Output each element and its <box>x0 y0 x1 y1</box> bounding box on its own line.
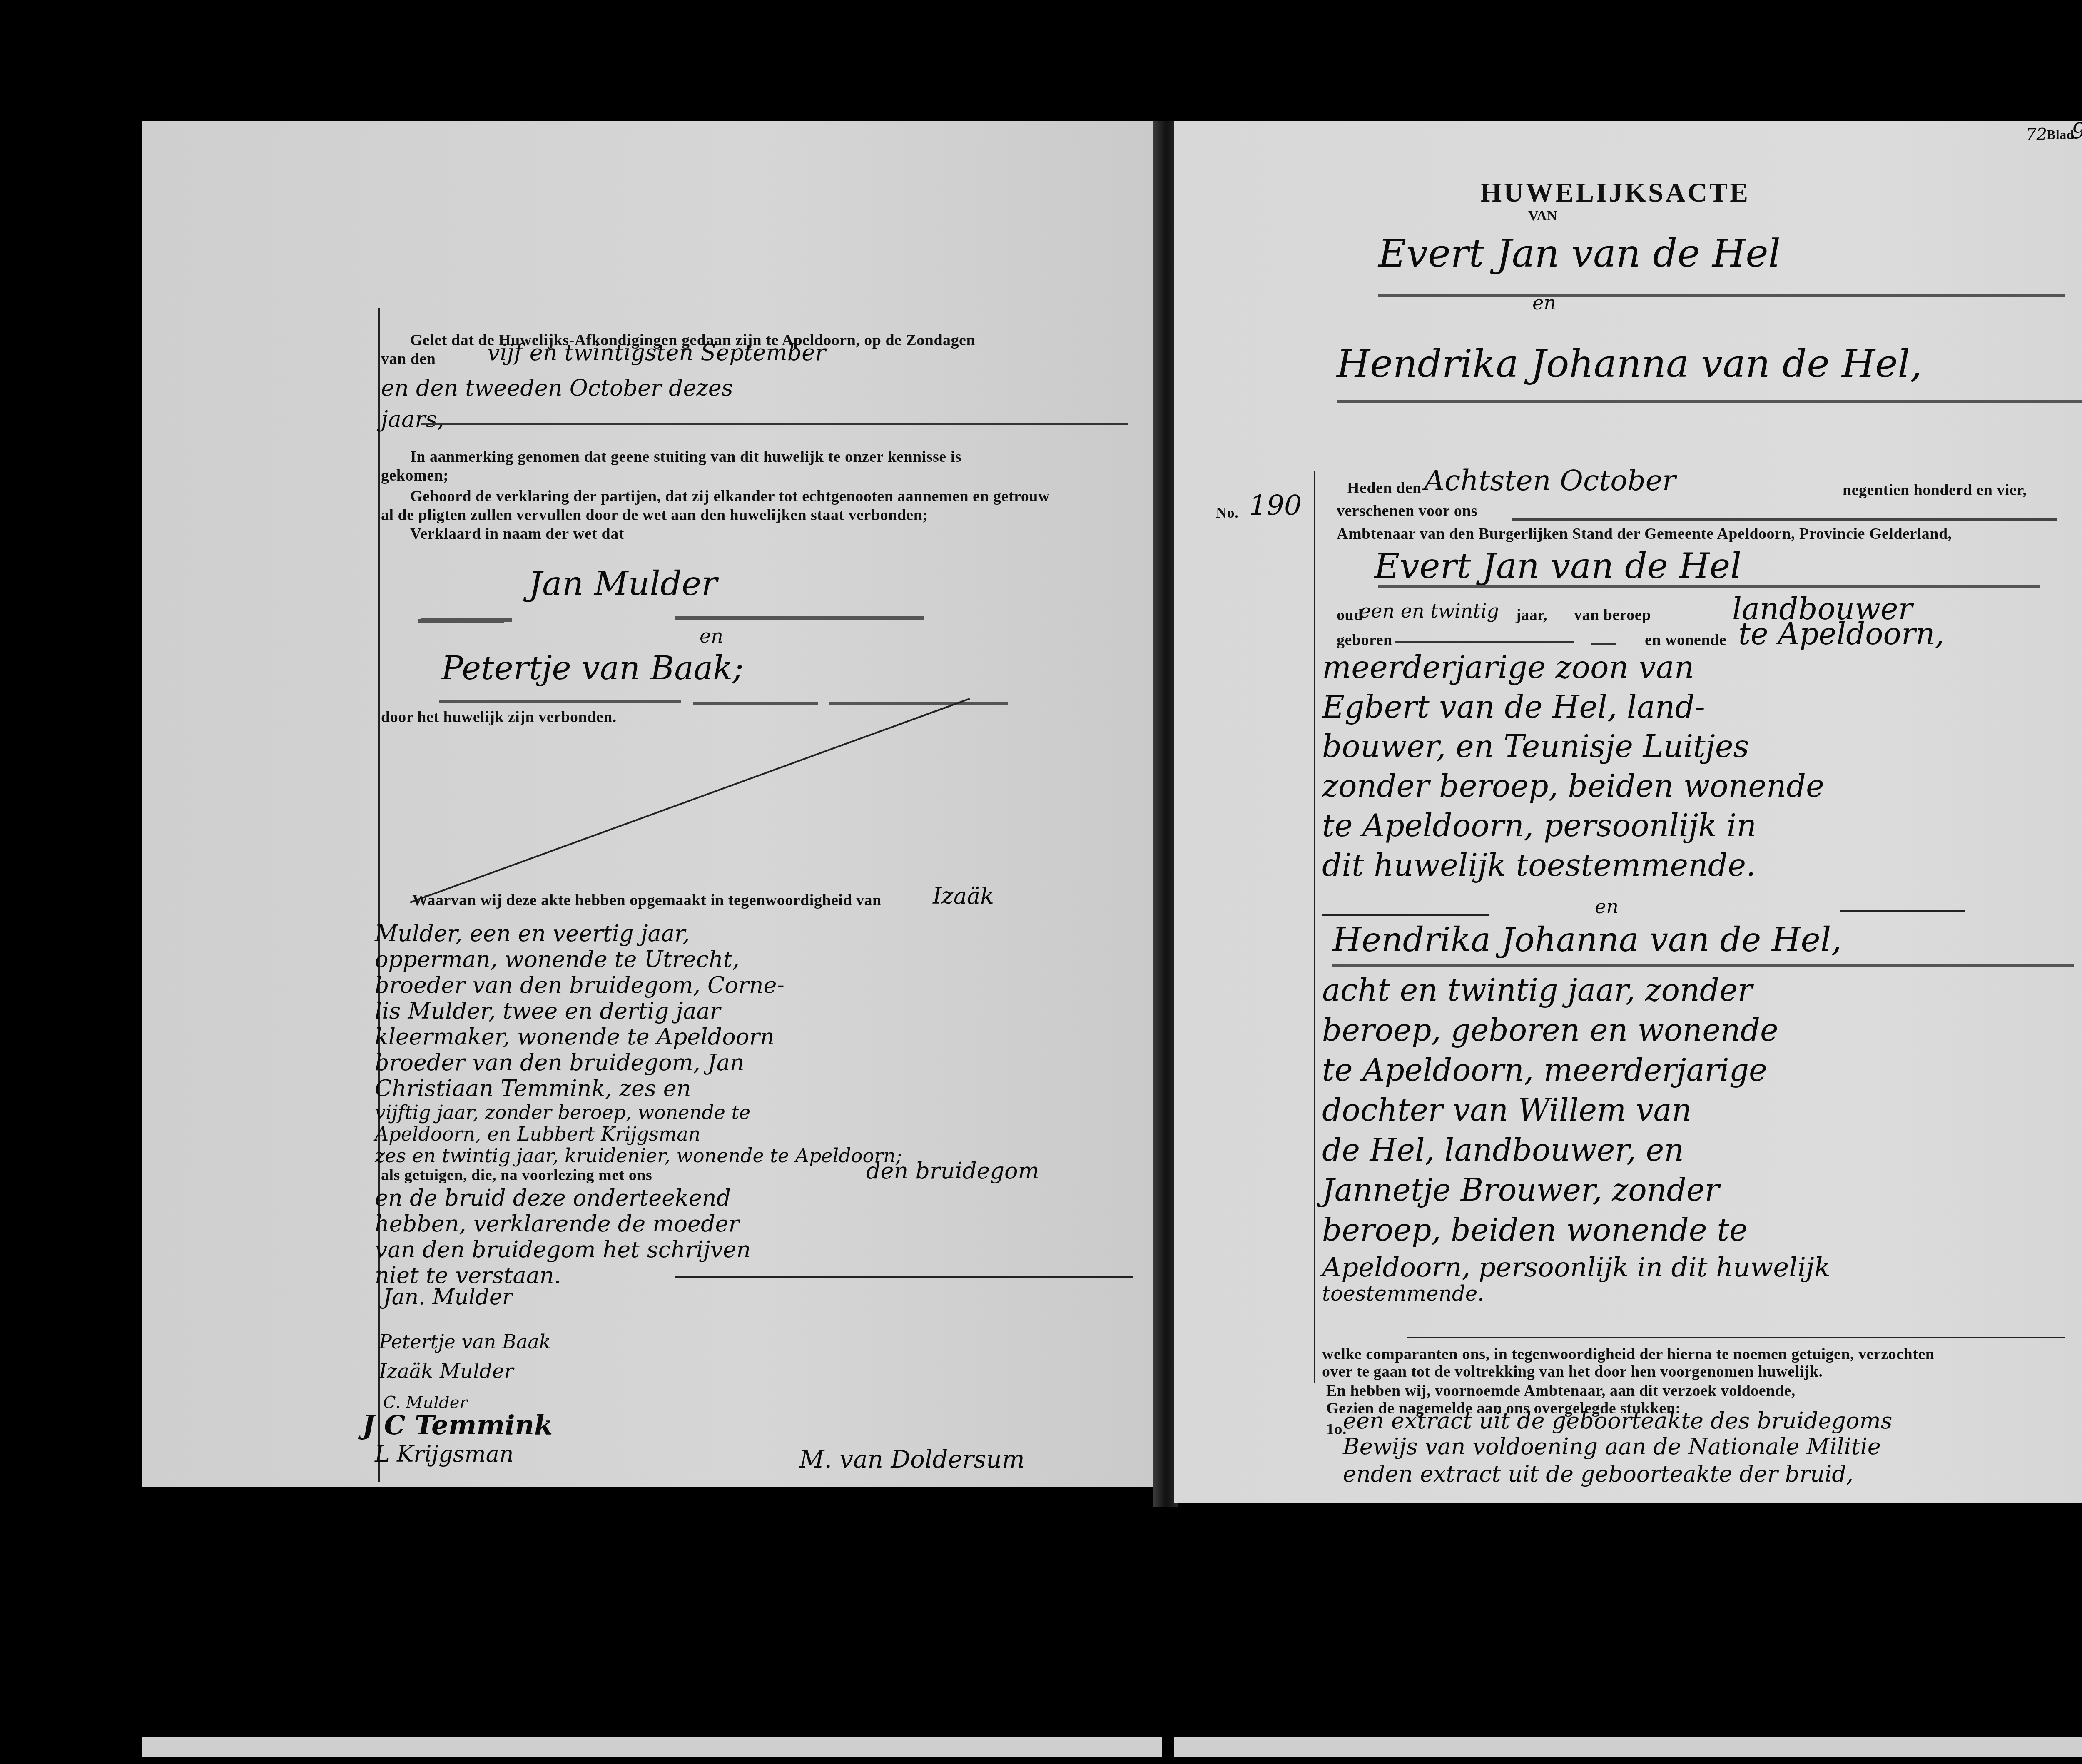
stukken-list: een extract uit de geboorteakte des brui… <box>1343 1408 1892 1487</box>
witness-line: zes en twintig jaar, kruidenier, wonende… <box>375 1144 902 1166</box>
witness-line: Christiaan Temmink, zes en <box>375 1075 902 1101</box>
groom-name-right: Evert Jan van de Hel <box>1374 546 1741 586</box>
act-title-van: VAN <box>1528 208 1557 224</box>
groom-age: een en twintig <box>1360 600 1499 622</box>
waarvan: Waarvan wij deze akte hebben opgemaakt i… <box>412 891 882 909</box>
van-beroep: van beroep <box>1574 606 1651 624</box>
year-text: negentien honderd en vier, <box>1843 481 2027 499</box>
jaar-label: jaar, <box>1516 606 1547 624</box>
witness-line: opperman, wonende te Utrecht, <box>375 946 902 972</box>
signature-witness-4: L Krijgsman <box>375 1441 514 1467</box>
groom-name-left: Jan Mulder <box>529 564 717 603</box>
gehoord-1: Gehoord de verklaring der partijen, dat … <box>410 487 1050 506</box>
witness-list: Mulder, een en veertig jaar, opperman, w… <box>375 920 902 1166</box>
groom-name-underline <box>1378 585 2040 588</box>
header-bride: Hendrika Johanna van de Hel, <box>1337 341 1922 386</box>
closing-line: niet te verstaan. <box>375 1262 751 1288</box>
bride-name-right: Hendrika Johanna van de Hel, <box>1332 920 1842 959</box>
signature-witness-1: Izaäk Mulder <box>379 1360 513 1383</box>
bride-detail-line: Apeldoorn, persoonlijk in dit huwelijk <box>1322 1252 1830 1281</box>
witness-line: Mulder, een en veertig jaar, <box>375 920 902 946</box>
bride-detail-line: te Apeldoorn, meerderjarige <box>1322 1052 1830 1092</box>
groom-detail-line: zonder beroep, beiden wonende <box>1322 768 1824 808</box>
surname-mulder-underline <box>675 616 924 620</box>
stukken-line: Bewijs van voldoening aan de Nationale M… <box>1343 1433 1892 1461</box>
witness-line: lis Mulder, twee en dertig jaar <box>375 998 902 1024</box>
act-number-label: No. <box>1216 504 1239 521</box>
witness-line: broeder van den bruidegom, Corne- <box>375 972 902 998</box>
signature-registrar: M. van Doldersum <box>799 1445 1025 1473</box>
stukken-line: een extract uit de geboorteakte des brui… <box>1343 1408 1892 1433</box>
geboren-dash <box>1591 643 1616 645</box>
bride-detail-line: acht en twintig jaar, zonder <box>1322 972 1830 1012</box>
en-left: en <box>700 625 723 647</box>
groom-details: meerderjarige zoon van Egbert van de Hel… <box>1322 650 1824 887</box>
signature-witness-3: J C Temmink <box>362 1410 553 1441</box>
closing-line: en de bruid deze onderteekend <box>375 1185 751 1211</box>
bride-underline-1 <box>439 700 681 703</box>
witness-start: Izaäk <box>933 883 994 909</box>
verschenen: verschenen voor ons <box>1337 502 1477 520</box>
door-het-huwelijk: door het huwelijk zijn verbonden. <box>381 708 617 726</box>
groom-end-line-2 <box>1840 910 1965 912</box>
van-den-label: van den <box>381 350 436 368</box>
groom-end-line <box>1322 914 1489 916</box>
banns-dates-2: en den tweeden October dezes <box>381 375 733 401</box>
oud-label: oud <box>1337 606 1363 624</box>
folio-number: 96 <box>2072 119 2082 144</box>
witness-line: Apeldoorn, en Lubbert Krijgsman <box>375 1123 902 1144</box>
bride-name-left: Petertje van Baak; <box>441 650 744 687</box>
verklaard: Verklaard in naam der wet dat <box>410 525 624 543</box>
geboren-label: geboren <box>1337 631 1392 649</box>
bride-detail-line: beroep, beiden wonende te <box>1322 1212 1830 1252</box>
witness-line: vijftig jaar, zonder beroep, wonende te <box>375 1101 902 1123</box>
next-page-strip-left <box>142 1737 1162 1757</box>
bride-detail-line: dochter van Willem van <box>1322 1092 1830 1132</box>
closing-line: van den bruidegom het schrijven <box>375 1236 751 1262</box>
stukken-line: enden extract uit de geboorteakte der br… <box>1343 1461 1892 1487</box>
aanmerking-2: gekomen; <box>381 466 448 485</box>
jan-underline <box>418 619 504 623</box>
closing-underline <box>675 1276 1133 1278</box>
marriage-date: Achtsten October <box>1424 464 1676 497</box>
right-margin-rule <box>1314 471 1315 1383</box>
witness-line: kleermaker, wonende te Apeldoorn <box>375 1024 902 1049</box>
closing-line: hebben, verklarende de moeder <box>375 1211 751 1236</box>
ambtenaar: Ambtenaar van den Burgerlijken Stand der… <box>1337 525 1952 543</box>
bride-detail-line: toestemmende. <box>1322 1281 1830 1298</box>
heden-den: Heden den <box>1347 479 1422 497</box>
header-groom-underline <box>1378 294 2065 297</box>
en-wonende: en wonende <box>1645 631 1726 649</box>
gehoord-2: al de pligten zullen vervullen door de w… <box>381 506 928 524</box>
aanmerking-1: In aanmerking genomen dat geene stuiting… <box>410 448 961 466</box>
banns-dates-3: jaars, <box>381 406 444 432</box>
bride-detail-line: beroep, geboren en wonende <box>1322 1012 1830 1052</box>
closing-list: en de bruid deze onderteekend hebben, ve… <box>375 1185 751 1288</box>
bride-underline-2 <box>693 702 818 705</box>
next-page-strip-right <box>1174 1737 2082 1757</box>
dates-underline <box>421 423 1128 425</box>
bride-detail-line: de Hel, landbouwer, en <box>1322 1132 1830 1172</box>
over-te-gaan: over te gaan tot de voltrekking van het … <box>1322 1363 1823 1381</box>
groom-detail-line: te Apeldoorn, persoonlijk in <box>1322 808 1824 847</box>
verschenen-line <box>1512 518 2057 521</box>
groom-detail-line: Egbert van de Hel, land- <box>1322 689 1824 729</box>
act-title: HUWELIJKSACTE <box>1480 177 1750 209</box>
act-number: 190 <box>1249 489 1302 521</box>
after-getuigen: den bruidegom <box>866 1158 1039 1184</box>
bride-detail-line: Jannetje Brouwer, zonder <box>1322 1172 1830 1212</box>
signature-groom: Jan. Mulder <box>383 1285 513 1310</box>
bride-underline-3 <box>829 702 1008 705</box>
banns-dates-1: vijf en twintigsten September <box>487 339 826 366</box>
bride-end-line <box>1407 1337 2065 1338</box>
header-bride-underline <box>1337 400 2082 403</box>
header-groom: Evert Jan van de Hel <box>1378 231 1781 276</box>
folio-prefix: 72 <box>2026 125 2047 144</box>
groom-residence: te Apeldoorn, <box>1738 616 1945 651</box>
bride-name-underline <box>1332 964 2074 967</box>
welke-comparanten: welke comparanten ons, in tegenwoordighe… <box>1322 1345 1934 1363</box>
bride-details: acht en twintig jaar, zonder beroep, geb… <box>1322 972 1830 1298</box>
groom-detail-line: meerderjarige zoon van <box>1322 650 1824 689</box>
groom-detail-line: dit huwelijk toestemmende. <box>1322 847 1824 887</box>
left-margin-rule <box>378 308 380 1482</box>
groom-detail-line: bouwer, en Teunisje Luitjes <box>1322 729 1824 768</box>
geboren-line <box>1395 641 1574 643</box>
als-getuigen: als getuigen, die, na voorlezing met ons <box>381 1166 652 1184</box>
header-en: en <box>1532 292 1556 314</box>
and-right: en <box>1595 895 1619 918</box>
witness-line: broeder van den bruidegom, Jan <box>375 1049 902 1075</box>
signature-bride: Petertje van Baak <box>379 1330 551 1353</box>
en-hebben-wij: En hebben wij, voornoemde Ambtenaar, aan… <box>1326 1382 1796 1400</box>
